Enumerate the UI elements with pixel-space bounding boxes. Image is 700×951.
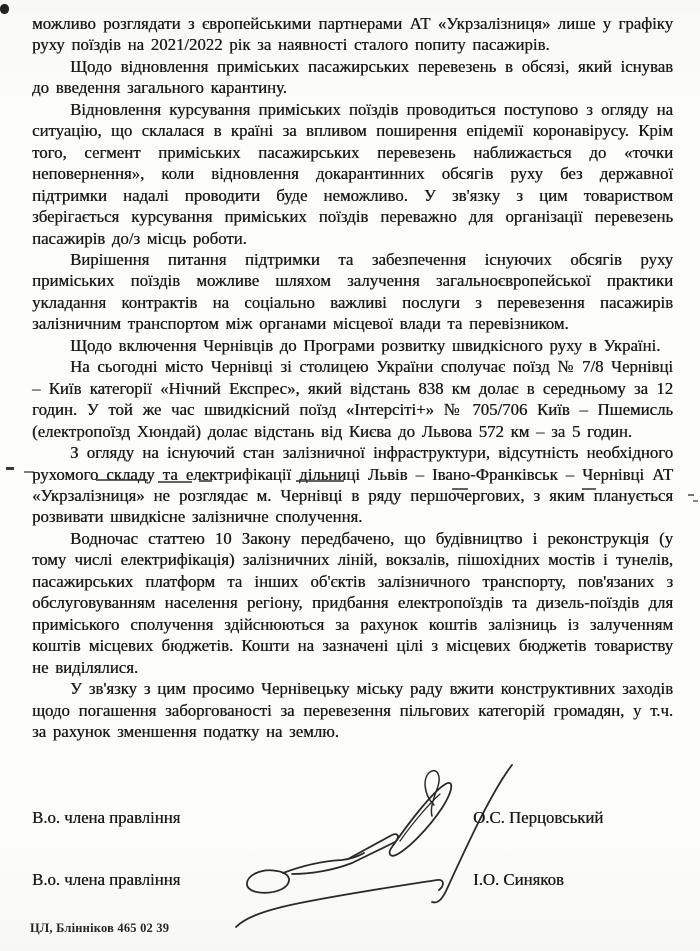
signature-row: В.о. члена правління О.С. Перцовський [32,808,673,830]
signature-block: В.о. члена правління О.С. Перцовський В.… [32,806,673,921]
signer-name: І.О. Синяков [473,870,564,890]
signer-name: О.С. Перцовський [473,808,603,828]
footer-reference: ЦЛ, Блінніков 465 02 39 [30,921,169,936]
paragraph: Відновлення курсування приміських поїзді… [32,99,673,249]
signer-role: В.о. члена правління [32,808,180,828]
document-page: можливо розглядати з європейськими партн… [0,0,700,951]
paragraph: У зв'язку з цим просимо Чернівецьку місь… [32,678,673,742]
paragraph: З огляду на існуючий стан залізничної ін… [32,442,673,528]
paragraph: Щодо відновлення приміських пасажирських… [32,56,673,99]
paragraph: Щодо включення Чернівців до Програми роз… [32,335,673,356]
scan-artifact [693,500,698,502]
paragraph: На сьогодні місто Чернівці зі столицею У… [32,356,673,442]
paragraph: можливо розглядати з європейськими партн… [32,13,673,56]
scan-artifact [688,494,694,496]
signer-role: В.о. члена правління [32,870,180,890]
handwritten-signature-scribble [230,761,530,931]
scan-artifact [6,467,14,470]
paragraph: Водночас статтею 10 Закону передбачено, … [32,528,673,678]
letter-body: можливо розглядати з європейськими партн… [32,13,673,742]
paragraph: Вирішення питання підтримки та забезпече… [32,249,673,335]
signature-row: В.о. члена правління І.О. Синяков [32,870,673,892]
scan-artifact [0,4,9,14]
